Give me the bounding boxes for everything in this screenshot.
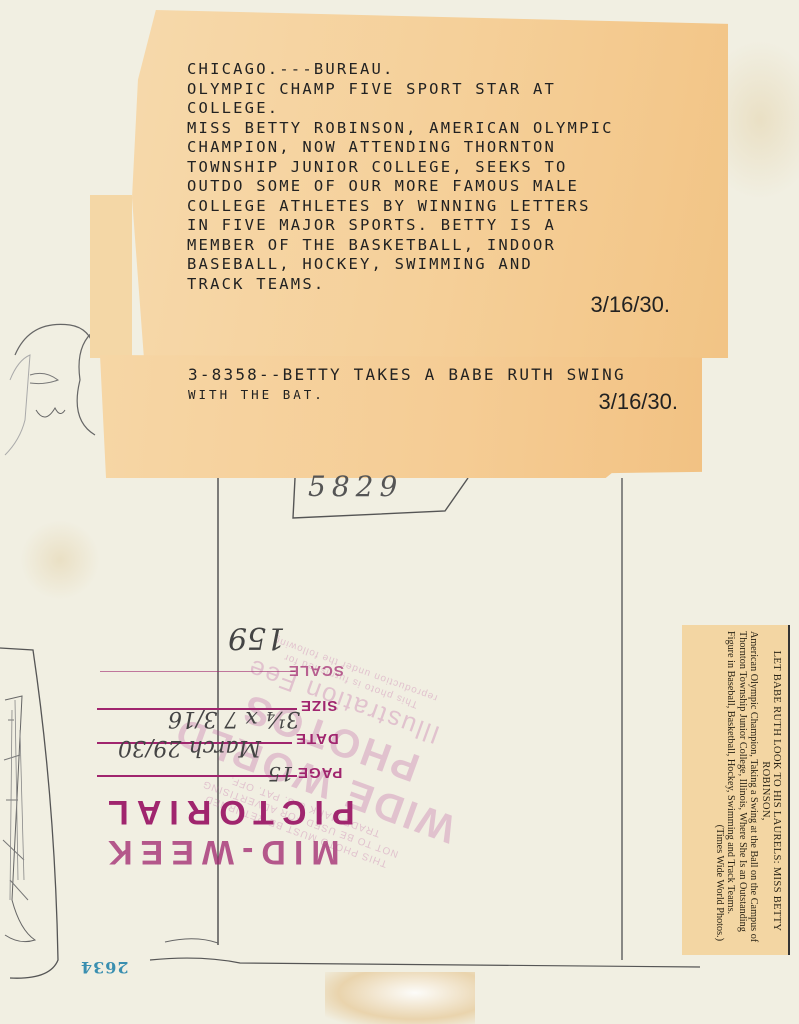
page-value: 15 — [268, 762, 293, 786]
photo-caption-line1: 3-8358--BETTY TAKES A BABE RUTH SWING — [188, 365, 626, 384]
scale-label: SCALE — [288, 662, 344, 679]
size-label: SIZE — [300, 697, 337, 714]
caption-date: 3/16/30. — [590, 292, 670, 318]
stamp-mid-week: MID-WEEK — [100, 832, 340, 871]
photo-caption-line2: WITH THE BAT. — [188, 387, 325, 402]
photo-caption-date: 3/16/30. — [598, 389, 678, 415]
newspaper-caption-text: LET BABE RUTH LOOK TO HIS LAURELS: MISS … — [690, 631, 782, 951]
tape-residue — [325, 972, 475, 1024]
newspaper-body: American Olympic Champion, Taking a Swin… — [725, 631, 759, 951]
page-label: PAGE — [297, 764, 342, 781]
boxed-pencil-number: 5829 — [308, 470, 403, 503]
date-value: March 29/30 — [118, 735, 261, 760]
stamp-pictorial: PICTORIAL — [100, 792, 355, 831]
caption-body-text: CHICAGO.---BUREAU. OLYMPIC CHAMP FIVE SP… — [187, 60, 707, 294]
typed-caption-photo: 3-8358--BETTY TAKES A BABE RUTH SWING WI… — [100, 355, 702, 478]
newspaper-headline: LET BABE RUTH LOOK TO HIS LAURELS: MISS … — [759, 631, 782, 951]
clipping-fold — [90, 195, 132, 358]
newspaper-caption-clipping: LET BABE RUTH LOOK TO HIS LAURELS: MISS … — [682, 625, 790, 955]
paper-stain — [20, 520, 100, 600]
scale-value: 159 — [228, 620, 285, 655]
inventory-number: 2634 — [80, 958, 129, 977]
size-value: 3¼ x 7 3/16 — [168, 706, 300, 731]
typed-caption-main: CHICAGO.---BUREAU. OLYMPIC CHAMP FIVE SP… — [132, 10, 728, 358]
scale-line — [100, 671, 295, 672]
newspaper-credit: (Times Wide World Photos.) — [714, 631, 725, 951]
page-line — [97, 775, 297, 777]
date-label: DATE — [295, 730, 339, 747]
